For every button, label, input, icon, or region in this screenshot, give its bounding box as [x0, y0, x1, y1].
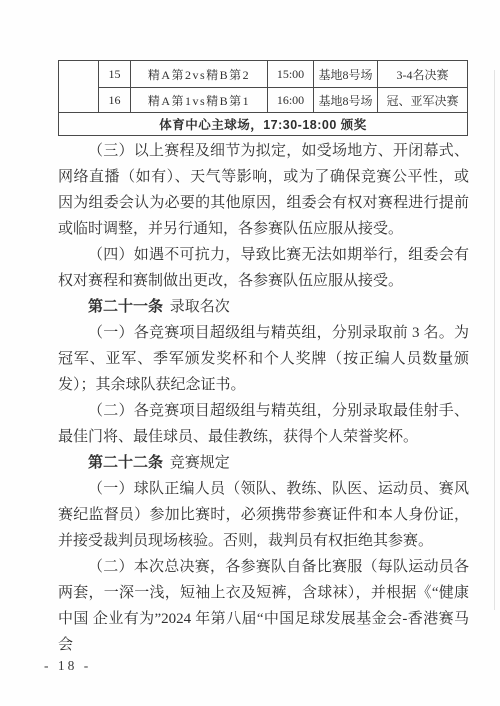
paragraph-individual-awards: （二）各竞赛项目超级组与精英组，分别录取最佳射手、最佳门将、最佳球员、最佳教练，…: [58, 398, 469, 450]
article-title: 竞赛规定: [170, 455, 230, 471]
match-cell: 精A第1vs精B第1: [131, 88, 268, 113]
schedule-table: 15 精A第2vs精B第2 15:00 基地8号场 3-4名决赛 16 精A第1…: [58, 60, 468, 136]
venue-cell: 基地8号场: [314, 88, 378, 113]
paragraph-schedule-disclaimer: （三）以上赛程及细节为拟定，如受场地方、开闭幕式、网络直播（如有）、天气等影响，…: [58, 138, 469, 242]
article-title: 录取名次: [170, 299, 230, 315]
time-cell: 15:00: [268, 61, 314, 88]
paragraph-force-majeure: （四）如遇不可抗力，导致比赛无法如期举行，组委会有权对赛程和赛制做出更改，各参赛…: [58, 242, 469, 294]
paragraph-ranking-awards: （一）各竞赛项目超级组与精英组，分别录取前 3 名。为冠军、亚军、季军颁发奖杯和…: [58, 320, 469, 398]
article-heading-21: 第二十一条录取名次: [58, 294, 469, 320]
stage-cell: 冠、亚军决赛: [378, 88, 468, 113]
stage-cell: 3-4名决赛: [378, 61, 468, 88]
match-number-cell: 16: [99, 88, 131, 113]
award-ceremony-note: 体育中心主球场，17:30-18:00 颁奖: [59, 113, 468, 136]
table-row: 16 精A第1vs精B第1 16:00 基地8号场 冠、亚军决赛: [59, 88, 468, 113]
venue-cell: 基地8号场: [314, 61, 378, 88]
body-text: （三）以上赛程及细节为拟定，如受场地方、开闭幕式、网络直播（如有）、天气等影响，…: [58, 138, 469, 658]
paragraph-id-verification: （一）球队正编人员（领队、教练、队医、运动员、赛风赛纪监督员）参加比赛时，必须携…: [58, 476, 469, 554]
group-cell: [59, 61, 99, 113]
scan-edge-artifact: [494, 70, 495, 610]
article-heading-22: 第二十二条竞赛规定: [58, 450, 469, 476]
article-number: 第二十一条: [88, 299, 163, 315]
table-footer-row: 体育中心主球场，17:30-18:00 颁奖: [59, 113, 468, 136]
article-number: 第二十二条: [88, 455, 163, 471]
match-cell: 精A第2vs精B第2: [131, 61, 268, 88]
table-row: 15 精A第2vs精B第2 15:00 基地8号场 3-4名决赛: [59, 61, 468, 88]
paragraph-uniform-rules: （二）本次总决赛，各参赛队自备比赛服（每队运动员各两套，一深一浅，短袖上衣及短裤…: [58, 554, 469, 658]
time-cell: 16:00: [268, 88, 314, 113]
match-number-cell: 15: [99, 61, 131, 88]
page-number: - 18 -: [44, 658, 91, 674]
document-page: 15 精A第2vs精B第2 15:00 基地8号场 3-4名决赛 16 精A第1…: [0, 0, 500, 706]
